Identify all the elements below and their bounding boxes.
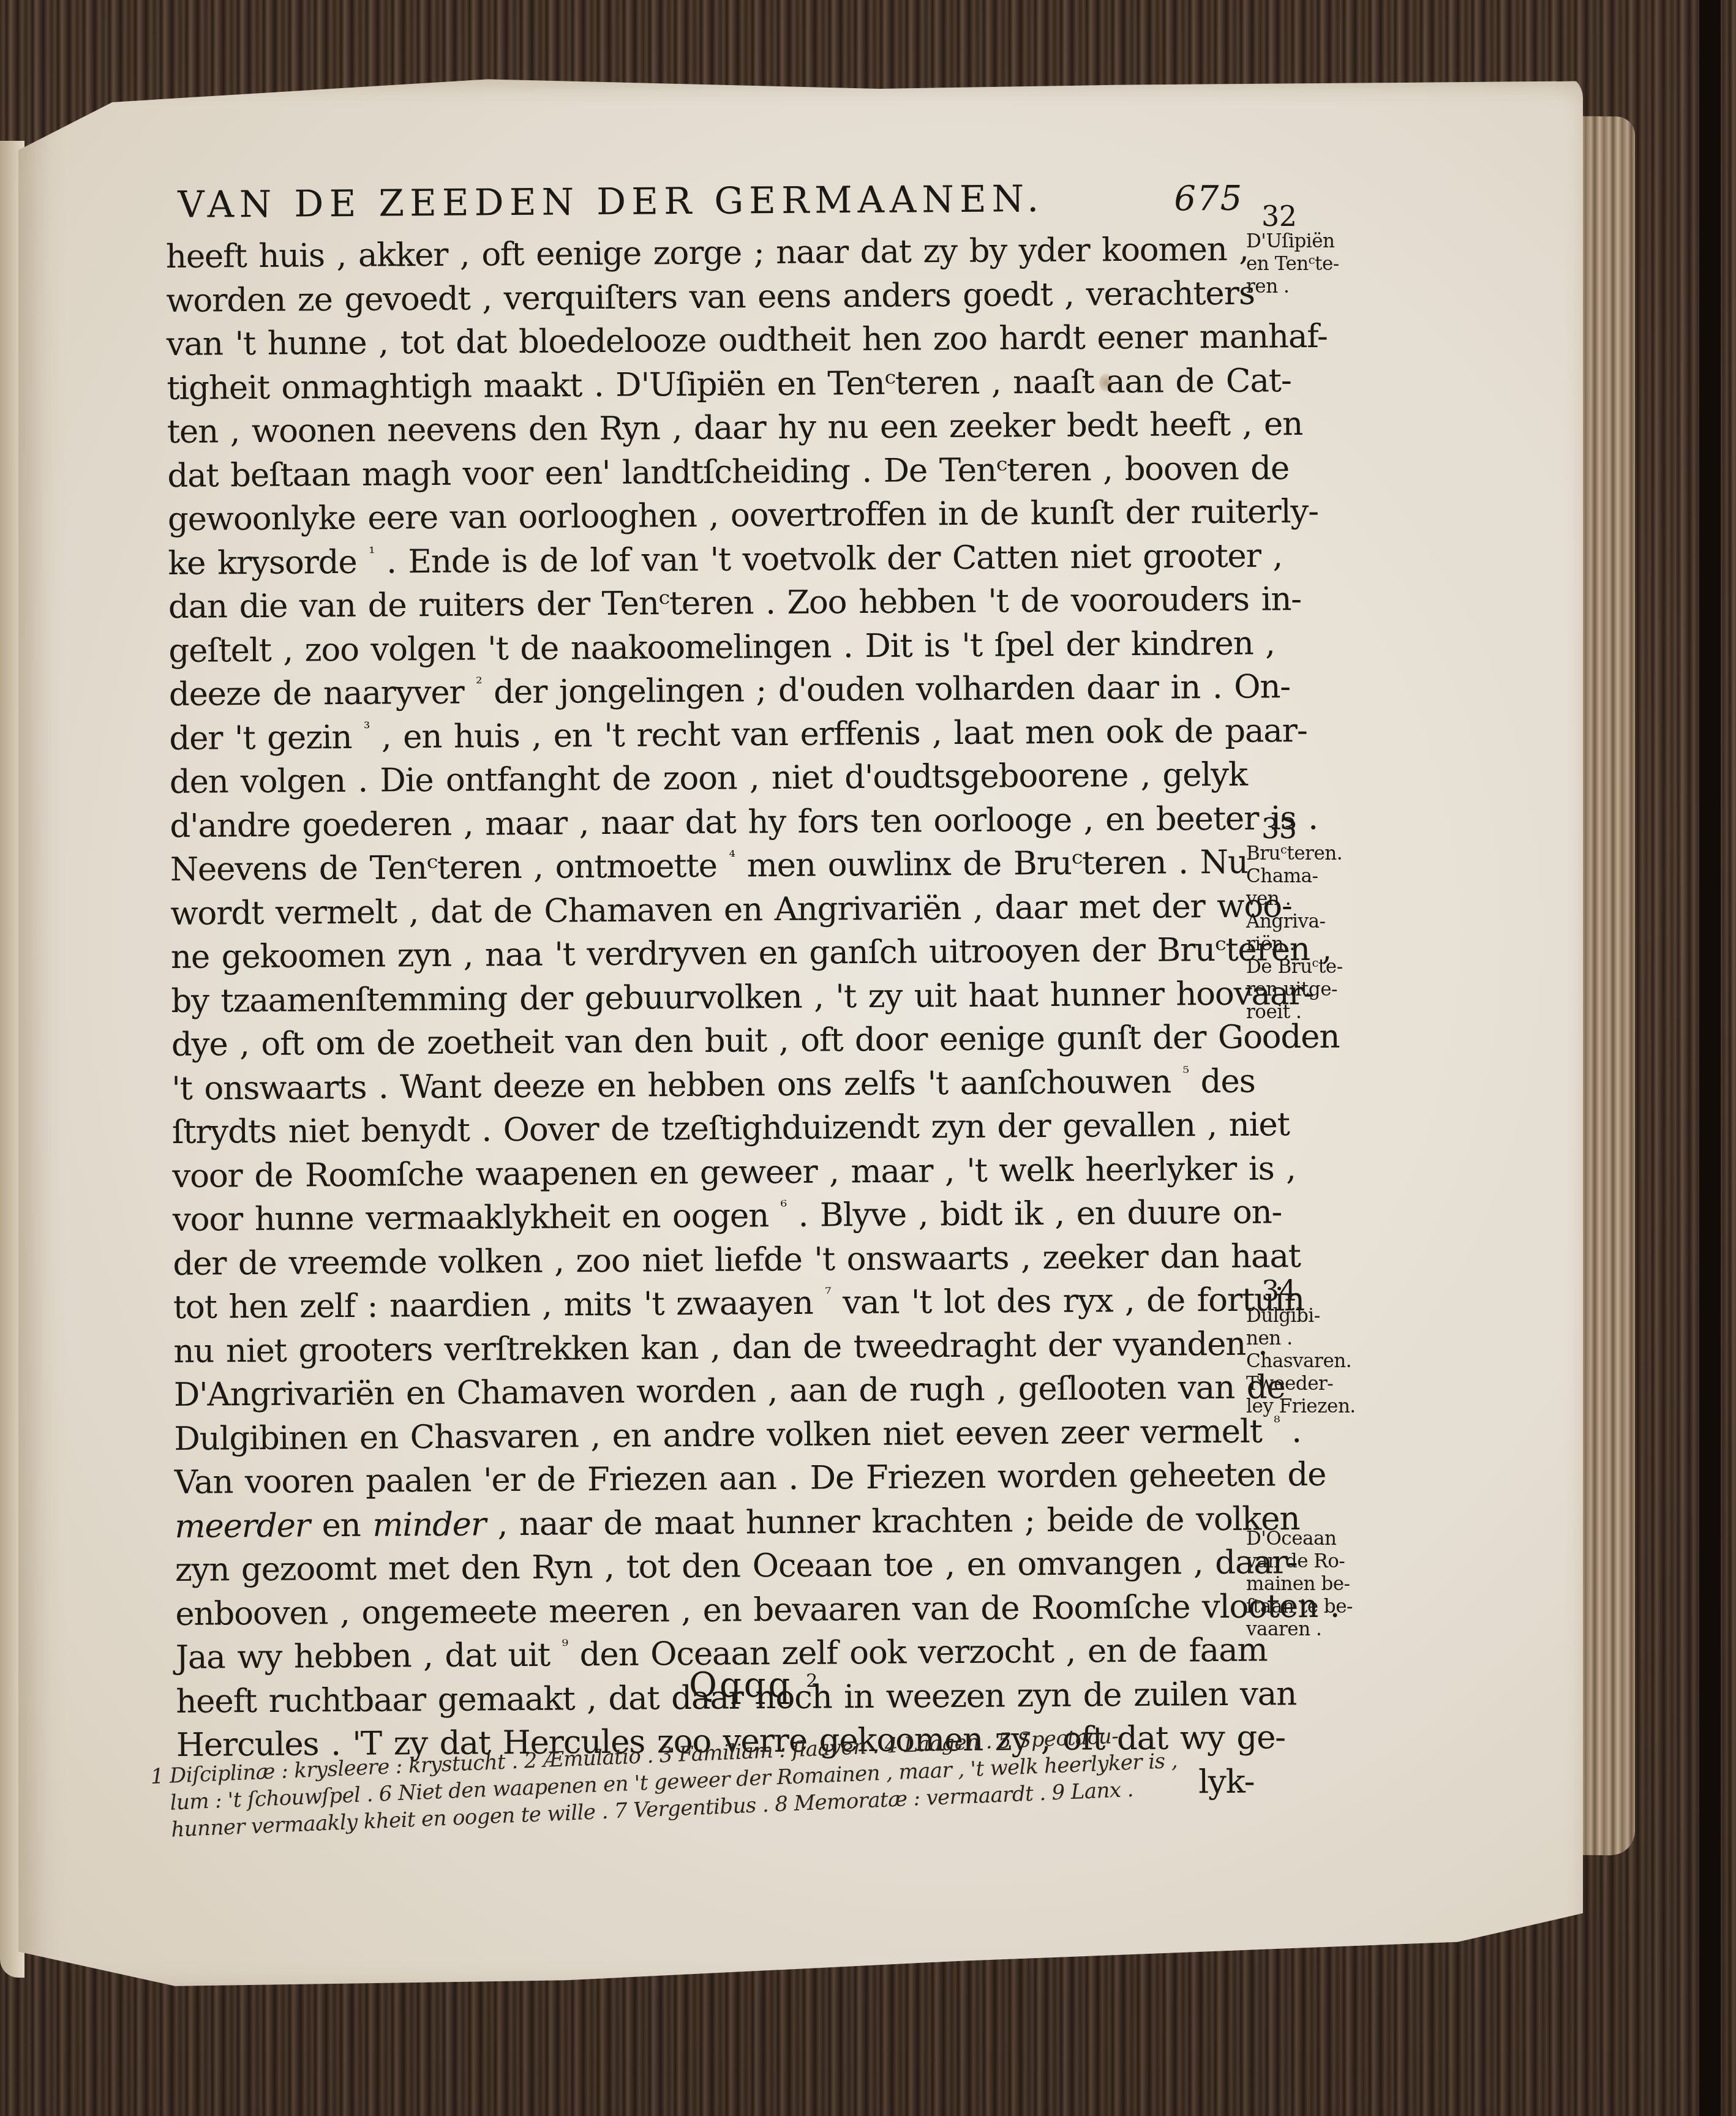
text-line: voor hunne vermaaklykheit en oogen ⁶ . B… (173, 1191, 1250, 1242)
margin-note-line: Bruᶜteren. (1246, 842, 1343, 865)
text-line: heeft huis , akker , oft eenige zorge ; … (166, 228, 1244, 279)
text-line: gewoonlyke eere van oorlooghen , oovertr… (168, 490, 1246, 542)
text-line: 't onswaarts . Want deeze en hebben ons … (171, 1059, 1249, 1111)
text-line: Van vooren paalen 'er de Friezen aan . D… (175, 1454, 1252, 1505)
text-line: ten , woonen neevens den Ryn , daar hy n… (167, 403, 1245, 454)
text-line: den volgen . Die ontfanght de zoon , nie… (170, 753, 1247, 805)
text-line: wordt vermelt , dat de Chamaven en Angri… (170, 884, 1248, 936)
text-line: geſtelt , zoo volgen 't de naakoomelinge… (168, 621, 1246, 673)
footnote-marker: ⁷ (825, 1285, 830, 1303)
footnote-marker: ⁶ (781, 1198, 786, 1216)
margin-note-line: en Tenᶜte- (1246, 253, 1339, 276)
margin-note-line: Chama- (1246, 865, 1343, 888)
margin-note-line: ſtaan te be- (1246, 1596, 1353, 1618)
running-head-title: VAN DE ZEEDEN DER GERMAANEN. (178, 178, 1045, 227)
margin-note-line: ren uitge- (1246, 978, 1343, 1001)
margin-note-line: van de Ro- (1246, 1550, 1353, 1573)
text-line: der de vreemde volken , zoo niet liefde … (173, 1234, 1250, 1286)
text-line: meerder en minder , naar de maat hunner … (175, 1497, 1252, 1548)
margin-note-line: nen . (1246, 1327, 1356, 1350)
section-number: 32 (1246, 202, 1339, 230)
text-line: D'Angrivariën en Chamaven worden , aan d… (174, 1366, 1252, 1417)
signature-letters: Qqqq (689, 1665, 792, 1705)
margin-note: 32D'Uſipiënen Tenᶜte-ren . (1246, 202, 1339, 298)
margin-note-line: De Bruᶜte- (1246, 956, 1343, 978)
footnote-marker: ² (476, 674, 481, 692)
italic-word: meerder (175, 1507, 310, 1545)
text-line: worden ze gevoedt , verquiſters van eens… (166, 271, 1244, 323)
footnote-marker: ⁹ (562, 1637, 568, 1655)
margin-note-line: mainen be- (1246, 1573, 1353, 1596)
margin-note: D'Oceaanvan de Ro-mainen be-ſtaan te be-… (1246, 1528, 1353, 1641)
text-line: ke krysorde ¹ . Ende is de lof van 't vo… (168, 534, 1246, 585)
text-line: Neevens de Tenᶜteren , ontmoette ⁴ men o… (170, 841, 1248, 892)
text-line: dye , oft om de zoetheit van den buit , … (171, 1016, 1249, 1067)
section-number: 34 (1246, 1277, 1356, 1305)
text-line: voor de Roomſche waapenen en geweer , ma… (172, 1147, 1250, 1198)
text-line: deeze de naaryver ² der jongelingen ; d'… (169, 666, 1247, 717)
footnote-marker: ³ (364, 719, 369, 737)
text-line: enbooven , ongemeete meeren , en bevaare… (175, 1585, 1253, 1636)
italic-word: minder (372, 1506, 486, 1544)
text-line: van 't hunne , tot dat bloedelooze oudth… (167, 315, 1244, 367)
body-text: heeft huis , akker , oft eenige zorge ; … (166, 228, 1255, 1811)
footnote-marker: ⁴ (729, 848, 734, 866)
margin-note-line: ren . (1246, 276, 1339, 298)
text-line: tot hen zelf : naardien , mits 't zwaaye… (173, 1278, 1251, 1330)
footnote-marker: ⁵ (1183, 1064, 1189, 1082)
footnote-marker: ¹ (369, 544, 374, 562)
text-line: zyn gezoomt met den Ryn , tot den Oceaan… (175, 1541, 1253, 1593)
margin-note-line: Dulgibi- (1246, 1305, 1356, 1327)
margin-note-line: D'Uſipiën (1246, 230, 1339, 253)
margin-note: 33Bruᶜteren.Chama-ven .Angriva-riën .De … (1246, 814, 1343, 1024)
text-line: dan die van de ruiters der Tenᶜteren . Z… (168, 578, 1246, 629)
margin-note-line: ley Friezen. (1246, 1395, 1356, 1418)
running-head: VAN DE ZEEDEN DER GERMAANEN. 675 (165, 176, 1243, 227)
margin-note-line: Tweeder- (1246, 1373, 1356, 1395)
signature-number: 2 (806, 1670, 820, 1692)
margin-note: 34Dulgibi-nen .Chasvaren.Tweeder-ley Fri… (1246, 1277, 1356, 1418)
margin-note-line: roeit . (1246, 1001, 1343, 1024)
page-number: 675 (1174, 179, 1243, 219)
section-number: 33 (1246, 814, 1343, 842)
margin-note-line: ven . (1246, 888, 1343, 910)
text-line: d'andre goederen , maar , naar dat hy fo… (170, 797, 1247, 848)
margin-note-line: vaaren . (1246, 1618, 1353, 1641)
text-line: nu niet grooters verſtrekken kan , dan d… (173, 1322, 1251, 1373)
margin-note-line: D'Oceaan (1246, 1528, 1353, 1550)
text-line: Dulgibinen en Chasvaren , en andre volke… (174, 1409, 1252, 1461)
text-line: ſtrydts niet benydt . Oover de tzeſtighd… (172, 1103, 1250, 1155)
margin-note-line: Angriva- (1246, 910, 1343, 933)
text-line: tigheit onmaghtigh maakt . D'Uſipiën en … (167, 359, 1244, 410)
text-line: ne gekoomen zyn , naa 't verdryven en ga… (171, 928, 1249, 980)
text-line: dat beſtaan magh voor een' landtſcheidin… (167, 446, 1245, 498)
text-line: der 't gezin ³ , en huis , en 't recht v… (169, 709, 1247, 760)
table-gap (1699, 0, 1721, 2116)
text-line: by tzaamenſtemming der gebuurvolken , 't… (171, 972, 1249, 1023)
margin-note-line: Chasvaren. (1246, 1350, 1356, 1373)
page-text-block: VAN DE ZEEDEN DER GERMAANEN. 675 heeft h… (165, 176, 1255, 1811)
margin-note-line: riën . (1246, 933, 1343, 956)
signature-mark: Qqqq 2 (689, 1665, 820, 1705)
